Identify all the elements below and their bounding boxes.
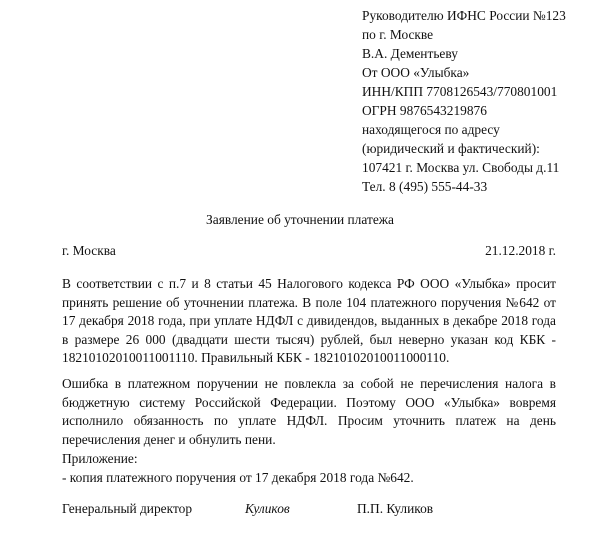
attachment-section: Приложение: - копия платежного поручения… [62, 450, 414, 487]
addressee-line: ИНН/КПП 7708126543/770801001 [362, 82, 598, 101]
attachment-heading: Приложение: [62, 450, 414, 469]
place-date-row: г. Москва 21.12.2018 г. [62, 242, 556, 260]
body-paragraph: В соответствии с п.7 и 8 статьи 45 Налог… [62, 275, 556, 368]
document-title: Заявление об уточнении платежа [0, 211, 600, 229]
signatory-name: П.П. Куликов [357, 500, 433, 518]
addressee-line: находящегося по адресу [362, 120, 598, 139]
signatory-role: Генеральный директор [62, 500, 192, 518]
addressee-line: Тел. 8 (495) 555-44-33 [362, 177, 598, 196]
addressee-line: по г. Москве [362, 25, 598, 44]
handwritten-signature: Куликов [245, 500, 290, 518]
addressee-line: Руководителю ИФНС России №123 [362, 6, 598, 25]
attachment-item: - копия платежного поручения от 17 декаб… [62, 469, 414, 488]
addressee-line: От ООО «Улыбка» [362, 63, 598, 82]
body-paragraph: Ошибка в платежном поручении не повлекла… [62, 375, 556, 449]
date: 21.12.2018 г. [485, 242, 556, 260]
addressee-line: ОГРН 9876543219876 [362, 101, 598, 120]
addressee-block: Руководителю ИФНС России №123 по г. Моск… [362, 6, 598, 196]
city: г. Москва [62, 242, 116, 260]
addressee-line: (юридический и фактический): [362, 139, 598, 158]
addressee-line: 107421 г. Москва ул. Свободы д.11 [362, 158, 598, 177]
addressee-line: В.А. Дементьеву [362, 44, 598, 63]
